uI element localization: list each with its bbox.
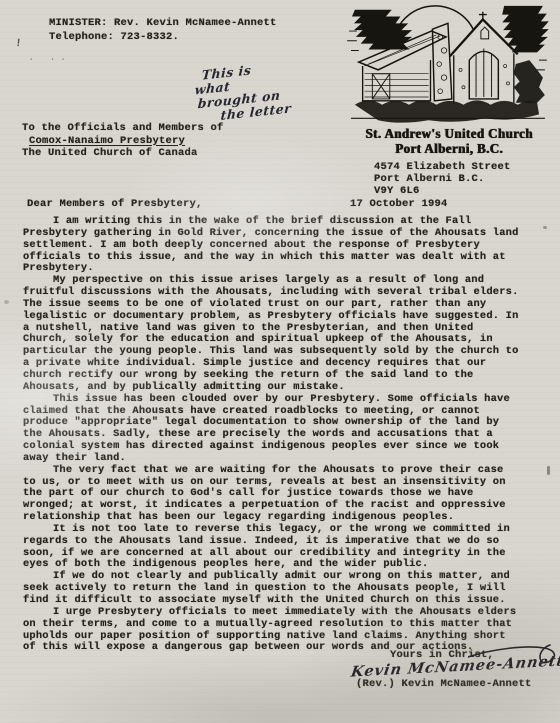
scan-artifact-speck	[547, 466, 550, 475]
scan-artifact-speck	[4, 300, 9, 304]
scan-artifact-speck	[543, 226, 547, 229]
address-street: 4574 Elizabeth Street	[374, 161, 511, 173]
telephone-line: Telephone: 723-8332.	[49, 31, 277, 45]
body-paragraph-6: If we do not clearly and publically admi…	[23, 571, 522, 607]
body-paragraph-7: I urge Presbytery officials to meet imme…	[23, 607, 522, 654]
salutation: Dear Members of Presbytery,	[27, 198, 203, 210]
body-paragraph-5: It is not too late to reverse this legac…	[23, 524, 522, 571]
recipient-line-1: To the Officials and Members of	[22, 122, 224, 135]
church-building-sketch-icon	[336, 2, 556, 128]
recipient-line-3: The United Church of Canada	[22, 147, 224, 160]
letter-date: 17 October 1994	[350, 198, 448, 210]
body-paragraph-3: This issue has been clouded over by our …	[23, 394, 522, 465]
scan-artifact-pencil-dots: . ..	[28, 52, 70, 64]
scanned-letter-page: MINISTER: Rev. Kevin McNamee-Annett Tele…	[0, 0, 560, 723]
body-paragraph-4: The very fact that we are waiting for th…	[23, 465, 522, 524]
handwritten-annotation: This is what brought on the letter	[198, 59, 294, 125]
church-location-line: Port Alberni, B.C.	[343, 141, 555, 158]
body-paragraph-1: I am writing this in the wake of the bri…	[23, 216, 522, 275]
recipient-block: To the Officials and Members of Comox-Na…	[22, 122, 224, 160]
minister-line: MINISTER: Rev. Kevin McNamee-Annett	[49, 17, 277, 31]
address-city: Port Alberni B.C.	[374, 173, 511, 185]
minister-block: MINISTER: Rev. Kevin McNamee-Annett Tele…	[49, 17, 277, 44]
typed-signature-name: (Rev.) Kevin McNamee-Annett	[356, 678, 532, 690]
scan-artifact-exclamation: !	[14, 38, 22, 51]
sender-address-block: 4574 Elizabeth Street Port Alberni B.C. …	[374, 161, 511, 197]
body-paragraph-2: My perspective on this issue arises larg…	[23, 275, 522, 393]
recipient-line-2: Comox-Nanaimo Presbytery	[29, 135, 224, 148]
address-postal-code: V9Y 6L6	[374, 185, 511, 197]
letter-body: I am writing this in the wake of the bri…	[23, 216, 522, 654]
